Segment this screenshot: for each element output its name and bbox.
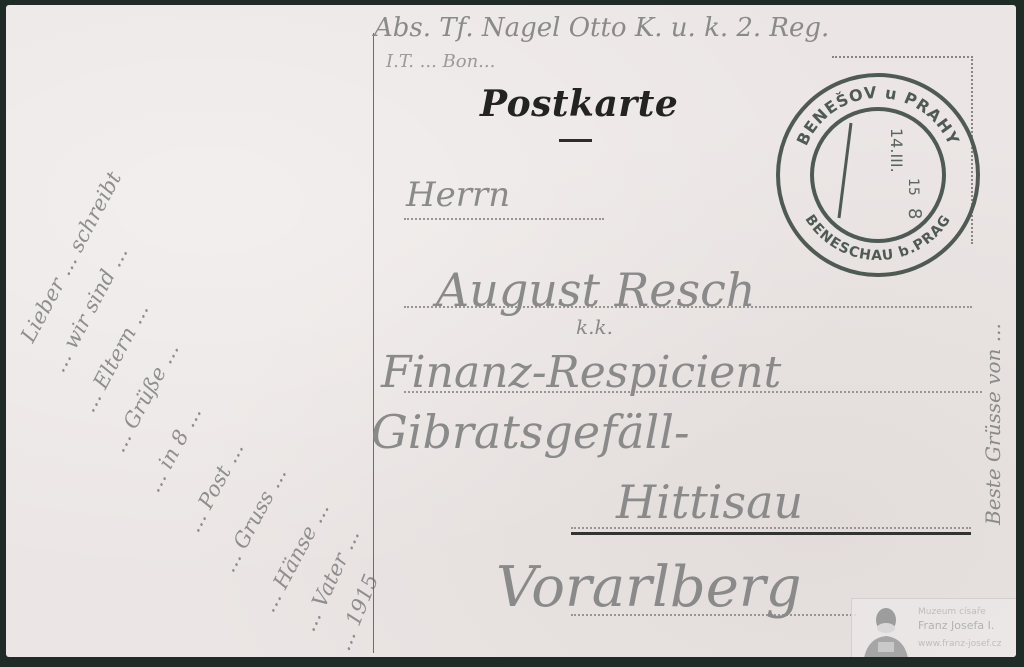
postmark-icon: BENEŠOV u PRAHY BENESCHAU b.PRAG 14.III.… [771,68,985,282]
svg-text:14.III.: 14.III. [887,128,906,173]
recipient-title-prefix: k.k. [576,315,613,339]
watermark-line-1: Muzeum císaře [918,607,986,617]
recipient-town: Hittisau [616,475,803,529]
address-line-1 [404,218,604,220]
margin-note: Beste Grüsse von ... [981,323,1005,525]
recipient-name: August Resch [436,263,755,317]
portrait-franz-josef-icon [860,604,912,657]
vertical-divider [373,33,374,653]
sender-line-1: Abs. Tf. Nagel Otto K. u. k. 2. Reg. [374,13,829,43]
svg-text:8: 8 [904,208,925,219]
postcard: Lieber ... schreibt ... wir sind ... ...… [6,5,1016,657]
message-line: ... in 8 ... [141,402,206,496]
sender-line-2: I.T. ... Bon... [386,51,495,72]
svg-text:15: 15 [905,178,921,196]
recipient-office: Gibratsgefäll- [371,405,690,459]
watermark-line-2: Franz Josefa I. [918,619,994,632]
recipient-region: Vorarlberg [496,555,801,620]
watermark-url: www.franz-josef.cz [918,639,1001,649]
title-underline [559,139,592,142]
recipient-title: Finanz-Respicient [381,347,781,398]
svg-text:BENESCHAU b.PRAG: BENESCHAU b.PRAG [802,212,955,264]
museum-watermark: Muzeum císaře Franz Josefa I. www.franz-… [851,598,1016,657]
recipient-salutation: Herrn [406,175,510,215]
postcard-title: Postkarte [480,83,678,125]
address-line-4-solid [571,532,971,535]
